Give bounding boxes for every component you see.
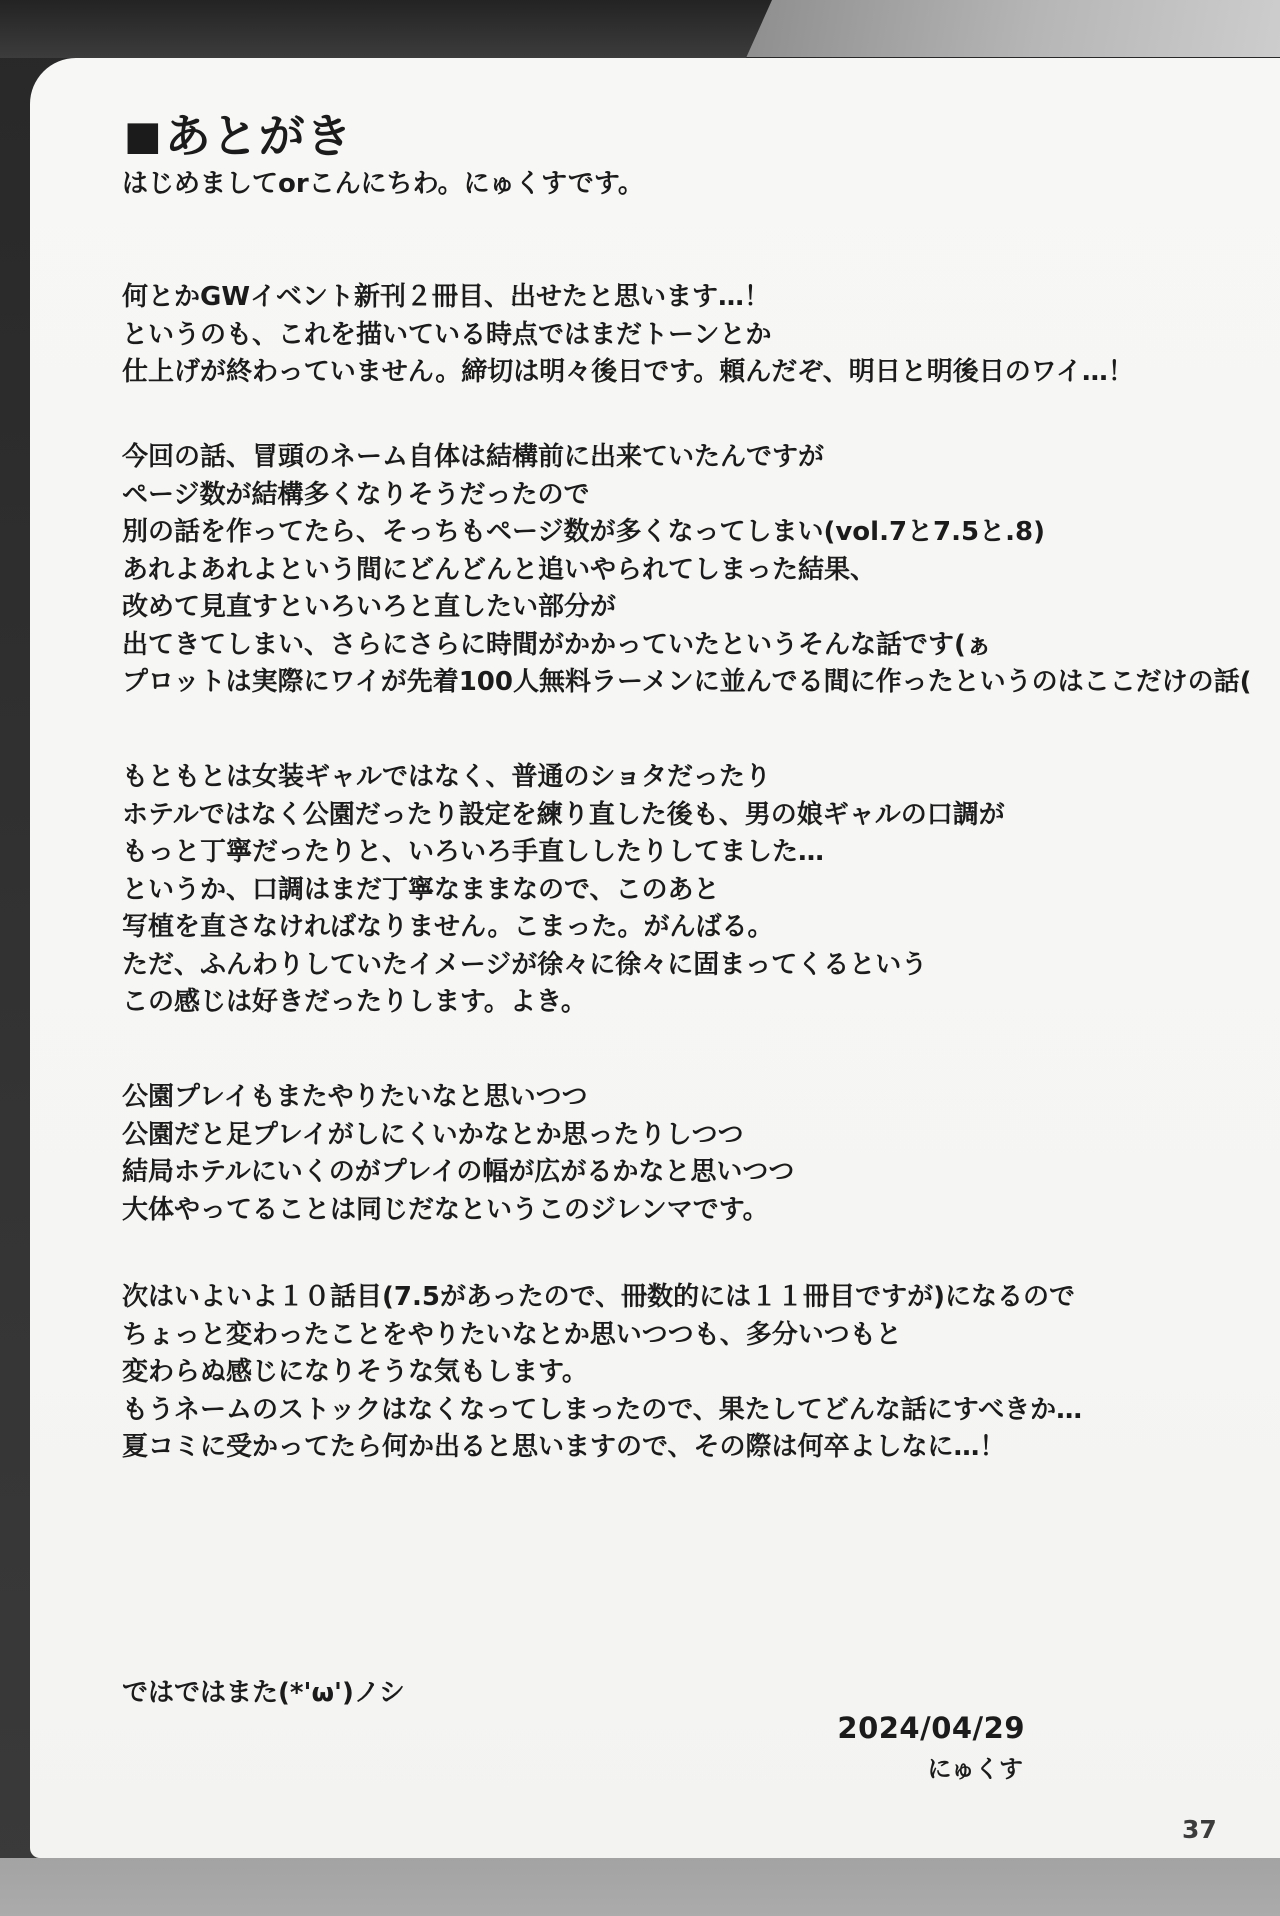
- text-line: 仕上げが終わっていません。締切は明々後日です。頼んだぞ、明日と明後日のワイ…！: [122, 354, 1134, 392]
- text-line: もっと丁寧だったりと、いろいろ手直ししたりしてました…: [122, 834, 1005, 872]
- new-book-paragraph: 何とかGWイベント新刊２冊目、出せたと思います…！というのも、これを描いている時…: [122, 279, 1134, 392]
- text-line: 結局ホテルにいくのがプレイの幅が広がるかなと思いつつ: [122, 1154, 794, 1192]
- author-name: にゅくす: [837, 1749, 1025, 1790]
- text-line: はじめましてorこんにちわ。にゅくすです。: [122, 166, 644, 204]
- page-title: ■あとがき: [124, 100, 353, 166]
- text-line: 夏コミに受かってたら何か出ると思いますので、その際は何卒よしなに…！: [122, 1429, 1082, 1467]
- text-line: 大体やってることは同じだなというこのジレンマです。: [122, 1192, 794, 1230]
- text-line: 公園だと足プレイがしにくいかなとか思ったりしつつ: [122, 1117, 794, 1155]
- text-line: 公園プレイもまたやりたいなと思いつつ: [122, 1079, 794, 1117]
- text-line: もともとは女装ギャルではなく、普通のショタだったり: [122, 759, 1005, 797]
- top-dark-frame-band: [0, 0, 772, 58]
- text-line: プロットは実際にワイが先着100人無料ラーメンに並んでる間に作ったというのはここ…: [122, 664, 1252, 702]
- title-square-bullet-icon: ■: [124, 113, 163, 159]
- text-line: 写植を直さなければなりません。こまった。がんばる。: [122, 909, 1005, 947]
- text-line: ちょっと変わったことをやりたいなとか思いつつも、多分いつもと: [122, 1317, 1082, 1355]
- text-line: ホテルではなく公園だったり設定を練り直した後も、男の娘ギャルの口調が: [122, 797, 1005, 835]
- bottom-gray-band: [0, 1858, 1280, 1916]
- text-line: というか、口調はまだ丁寧なままなので、このあと: [122, 872, 1005, 910]
- text-line: 変わらぬ感じになりそうな気もします。: [122, 1354, 1082, 1392]
- story-delay-paragraph: 今回の話、冒頭のネーム自体は結構前に出来ていたんですがページ数が結構多くなりそう…: [122, 439, 1252, 702]
- date: 2024/04/29: [837, 1708, 1025, 1749]
- text-line: 改めて見直すといろいろと直したい部分が: [122, 589, 1252, 627]
- top-right-gray-band: [740, 0, 1280, 57]
- text-line: あれよあれよという間にどんどんと追いやられてしまった結果、: [122, 552, 1252, 590]
- park-play-paragraph: 公園プレイもまたやりたいなと思いつつ公園だと足プレイがしにくいかなとか思ったりし…: [122, 1079, 794, 1229]
- closing-farewell-line: ではではまた(*'ω')ノシ: [122, 1672, 405, 1709]
- text-line: ただ、ふんわりしていたイメージが徐々に徐々に固まってくるという: [122, 947, 1005, 985]
- text-line: 出てきてしまい、さらにさらに時間がかかっていたというそんな話です(ぁ: [122, 627, 1252, 665]
- text-line: 何とかGWイベント新刊２冊目、出せたと思います…！: [122, 279, 1134, 317]
- text-line: 今回の話、冒頭のネーム自体は結構前に出来ていたんですが: [122, 439, 1252, 477]
- text-line: ページ数が結構多くなりそうだったので: [122, 477, 1252, 515]
- setting-rework-paragraph: もともとは女装ギャルではなく、普通のショタだったりホテルではなく公園だったり設定…: [122, 759, 1005, 1022]
- text-line: 別の話を作ってたら、そっちもページ数が多くなってしまい(vol.7と7.5と.8…: [122, 514, 1252, 552]
- signoff-block: 2024/04/29 にゅくす: [837, 1708, 1025, 1790]
- text-line: もうネームのストックはなくなってしまったので、果たしてどんな話にすべきか…: [122, 1392, 1082, 1430]
- greeting-paragraph: はじめましてorこんにちわ。にゅくすです。: [122, 166, 644, 204]
- afterword-scan-page: ■あとがき はじめましてorこんにちわ。にゅくすです。 何とかGWイベント新刊２…: [30, 58, 1280, 1858]
- page-number: 37: [1182, 1815, 1217, 1844]
- text-line: 次はいよいよ１０話目(7.5があったので、冊数的には１１冊目ですが)になるので: [122, 1279, 1082, 1317]
- text-line: この感じは好きだったりします。よき。: [122, 984, 1005, 1022]
- text-line: というのも、これを描いている時点ではまだトーンとか: [122, 317, 1134, 355]
- next-volume-paragraph: 次はいよいよ１０話目(7.5があったので、冊数的には１１冊目ですが)になるのでち…: [122, 1279, 1082, 1467]
- page-title-text: あとがき: [165, 109, 353, 163]
